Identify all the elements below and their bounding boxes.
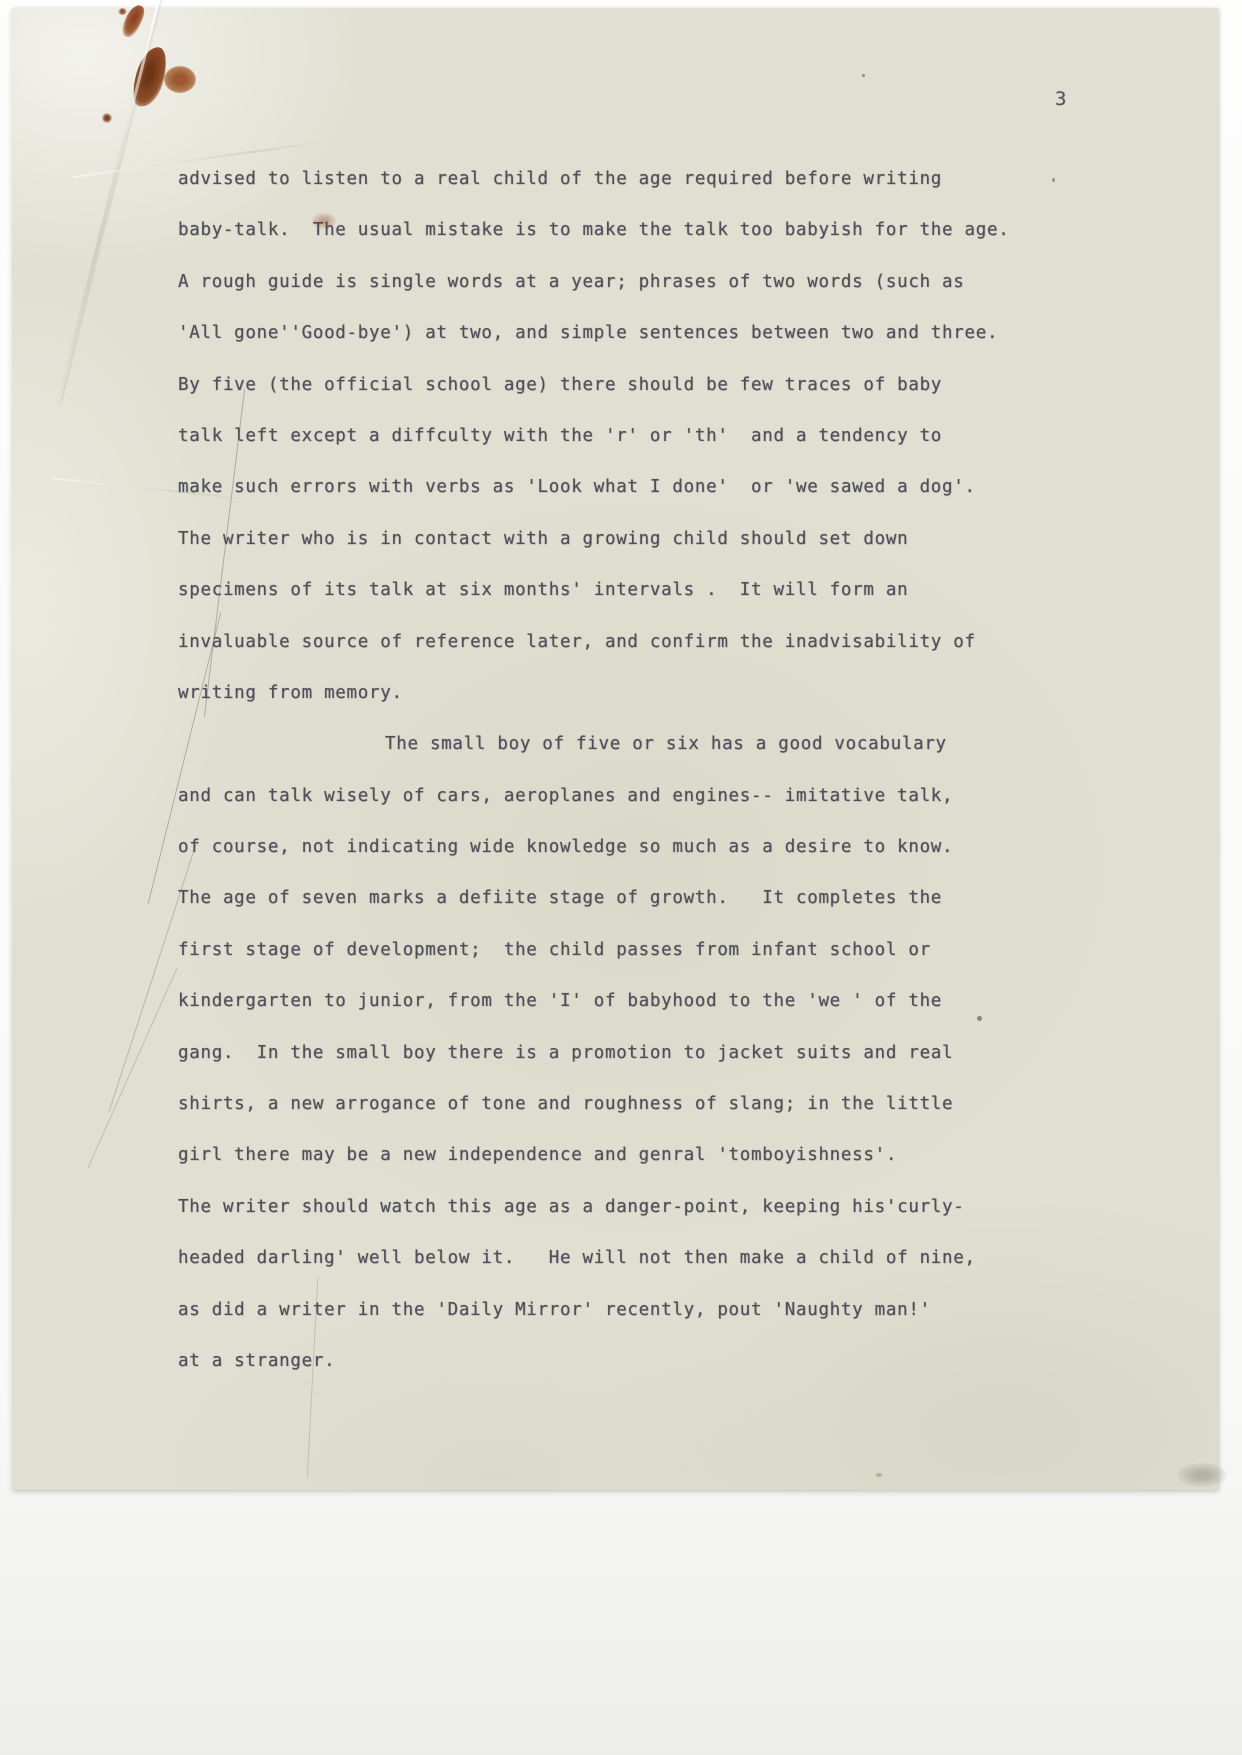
text-line: at a stranger. — [178, 1336, 1078, 1387]
text-line: baby-talk. The usual mistake is to make … — [178, 205, 1078, 256]
paper-scratch — [87, 967, 177, 1168]
text-line: shirts, a new arrogance of tone and roug… — [178, 1079, 1078, 1130]
text-line: talk left except a diffculty with the 'r… — [178, 411, 1078, 462]
typewritten-text: advised to listen to a real child of the… — [178, 154, 1078, 1387]
text-line: kindergarten to junior, from the 'I' of … — [178, 976, 1078, 1027]
paper-speck — [876, 1473, 882, 1477]
paper-crease — [57, 0, 162, 402]
text-line: 'All gone''Good-bye') at two, and simple… — [178, 308, 1078, 359]
corner-smudge — [1177, 1463, 1227, 1487]
text-line: specimens of its talk at six months' int… — [178, 565, 1078, 616]
text-line: The writer who is in contact with a grow… — [178, 514, 1078, 565]
text-line: The small boy of five or six has a good … — [178, 719, 1078, 770]
text-line: of course, not indicating wide knowledge… — [178, 822, 1078, 873]
text-line: writing from memory. — [178, 668, 1078, 719]
text-line: girl there may be a new independence and… — [178, 1130, 1078, 1181]
page-number: 3 — [1055, 88, 1066, 110]
scanner-background: 3 advised to listen to a real child of t… — [0, 0, 1242, 1755]
text-line: By five (the official school age) there … — [178, 360, 1078, 411]
text-line: headed darling' well below it. He will n… — [178, 1233, 1078, 1284]
text-line: as did a writer in the 'Daily Mirror' re… — [178, 1285, 1078, 1336]
text-line: invaluable source of reference later, an… — [178, 617, 1078, 668]
rust-stain — [119, 2, 147, 40]
text-line: The age of seven marks a defiite stage o… — [178, 873, 1078, 924]
text-line: make such errors with verbs as 'Look wha… — [178, 462, 1078, 513]
text-line: A rough guide is single words at a year;… — [178, 257, 1078, 308]
text-line: advised to listen to a real child of the… — [178, 154, 1078, 205]
text-line: The writer should watch this age as a da… — [178, 1182, 1078, 1233]
rust-stain — [102, 113, 112, 123]
text-line: first stage of development; the child pa… — [178, 925, 1078, 976]
text-line: and can talk wisely of cars, aeroplanes … — [178, 771, 1078, 822]
rust-stain — [128, 43, 172, 110]
paper-speck — [862, 74, 865, 77]
rust-stain — [164, 66, 196, 93]
document-page: 3 advised to listen to a real child of t… — [12, 8, 1218, 1490]
text-line: gang. In the small boy there is a promot… — [178, 1028, 1078, 1079]
rust-stain — [118, 8, 127, 15]
